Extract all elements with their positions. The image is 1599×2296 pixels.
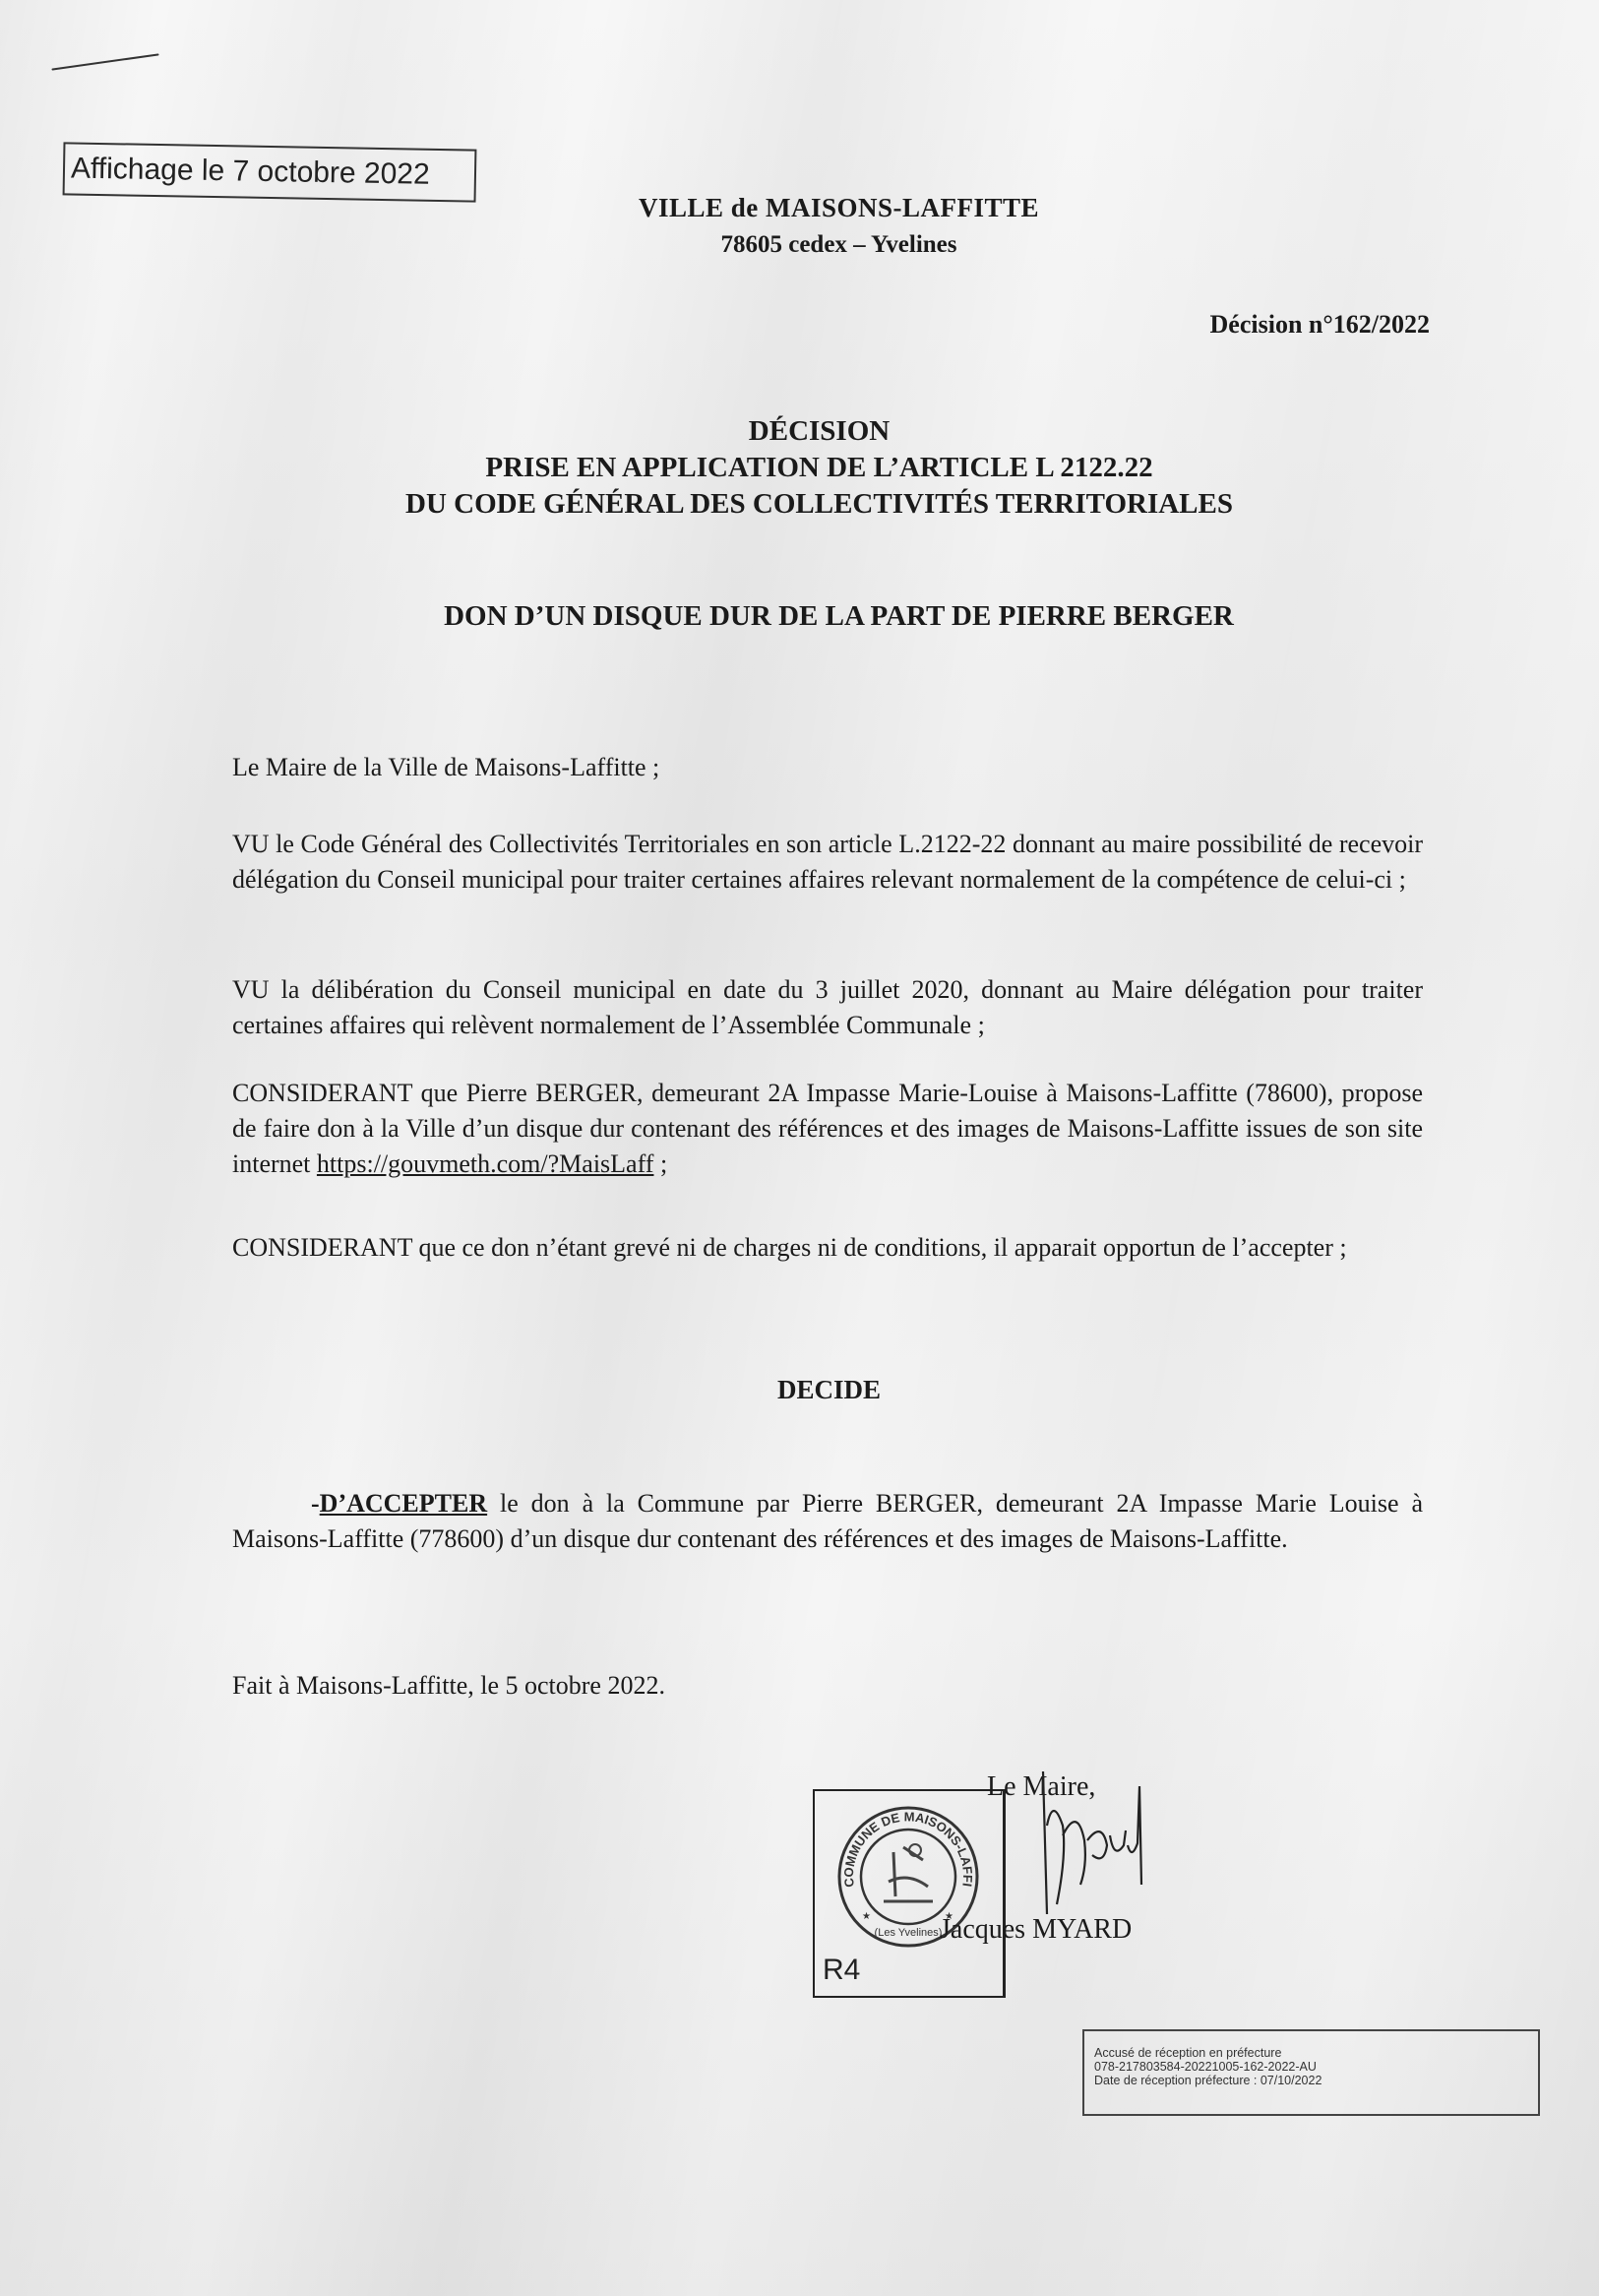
paragraph-considerant-don: CONSIDERANT que Pierre BERGER, demeurant… — [232, 1076, 1423, 1182]
receipt-line-2: 078-217803584-20221005-162-2022-AU — [1094, 2060, 1528, 2074]
title-line-3: DU CODE GÉNÉRAL DES COLLECTIVITÉS TERRIT… — [20, 486, 1599, 523]
title-line-1: DÉCISION — [20, 413, 1599, 450]
article-dash: - — [311, 1489, 320, 1518]
handwritten-signature-icon — [1033, 1767, 1161, 1924]
title-line-2: PRISE EN APPLICATION DE L’ARTICLE L 2122… — [20, 450, 1599, 486]
stamp-reference: R4 — [823, 1954, 860, 1987]
postal-header: 78605 cedex – Yvelines — [39, 231, 1599, 259]
place-date: Fait à Maisons-Laffitte, le 5 octobre 20… — [232, 1668, 1423, 1704]
prefecture-receipt: Accusé de réception en préfecture 078-21… — [1082, 2029, 1540, 2116]
considerant-end: ; — [653, 1149, 667, 1178]
city-header: VILLE de MAISONS-LAFFITTE — [39, 193, 1599, 223]
svg-text:★: ★ — [862, 1911, 871, 1922]
accept-keyword: D’ACCEPTER — [320, 1489, 487, 1518]
paragraph-vu-code: VU le Code Général des Collectivités Ter… — [232, 827, 1423, 898]
paragraph-vu-deliberation: VU la délibération du Conseil municipal … — [232, 972, 1423, 1043]
document-title: DÉCISION PRISE EN APPLICATION DE L’ARTIC… — [20, 413, 1599, 523]
receipt-line-1: Accusé de réception en préfecture — [1094, 2046, 1528, 2060]
paragraph-maire: Le Maire de la Ville de Maisons-Laffitte… — [232, 750, 1423, 785]
svg-text:COMMUNE DE MAISONS-LAFFITTE: COMMUNE DE MAISONS-LAFFITTE — [834, 1803, 975, 1888]
decide-heading: DECIDE — [30, 1375, 1599, 1405]
receipt-line-3: Date de réception préfecture : 07/10/202… — [1094, 2074, 1528, 2087]
decision-subject: DON D’UN DISQUE DUR DE LA PART DE PIERRE… — [39, 600, 1599, 633]
paragraph-considerant-opportun: CONSIDERANT que ce don n’étant grevé ni … — [232, 1230, 1423, 1266]
website-link[interactable]: https://gouvmeth.com/?MaisLaff — [317, 1149, 654, 1178]
decision-number: Décision n°162/2022 — [1210, 310, 1430, 340]
signatory-name: Jacques MYARD — [940, 1914, 1132, 1946]
svg-text:(Les Yvelines): (Les Yvelines) — [875, 1927, 943, 1939]
article-accept: -D’ACCEPTER le don à la Commune par Pier… — [232, 1486, 1423, 1557]
